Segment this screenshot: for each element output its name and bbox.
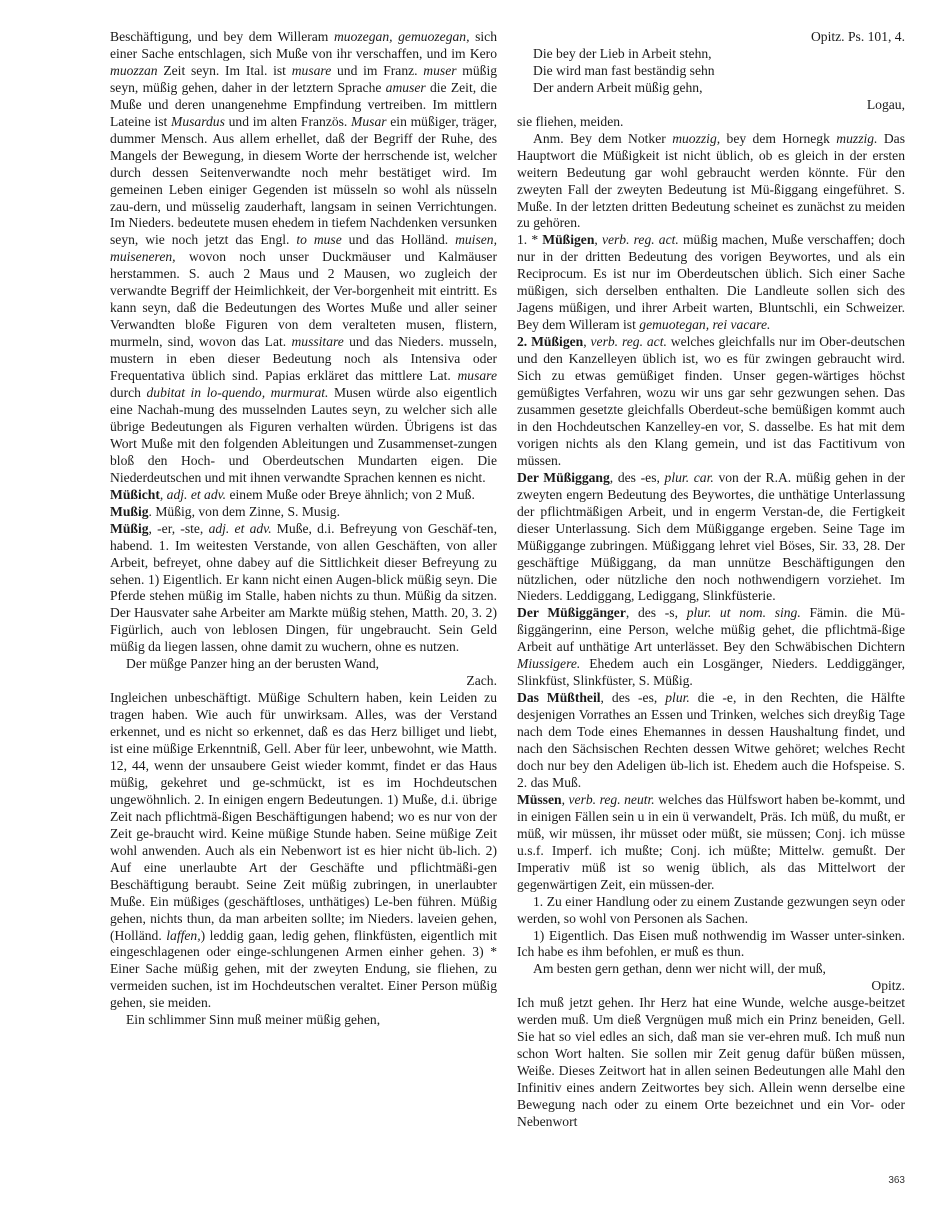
verse-attribution: Logau, <box>517 97 905 114</box>
entry-muesstheil: Das Müßtheil, des -es, plur. die -e, in … <box>517 690 905 792</box>
verse-quote: Am besten gern gethan, denn wer nicht wi… <box>517 961 905 978</box>
entry-muessigen-2: 2. Müßigen, verb. reg. act. welches glei… <box>517 334 905 470</box>
entry-muessigen-1: 1. * Müßigen, verb. reg. act. müßig mach… <box>517 232 905 334</box>
verse-line: Die wird man fast beständig sehn <box>517 63 905 80</box>
verse-quote: Der müßge Panzer hing an der berusten Wa… <box>110 656 497 673</box>
verse-line: Die bey der Lieb in Arbeit stehn, <box>517 46 905 63</box>
right-column: Opitz. Ps. 101, 4. Die bey der Lieb in A… <box>517 29 905 1131</box>
verse-attribution: Opitz. <box>517 978 905 995</box>
verse-quote: Ein schlimmer Sinn muß meiner müßig gehe… <box>110 1012 497 1029</box>
entry-muessicht: Müßicht, adj. et adv. einem Muße oder Br… <box>110 487 497 504</box>
page-number: 363 <box>888 1173 905 1190</box>
entry-mussig: Mußig. Müßig, von dem Zinne, S. Musig. <box>110 504 497 521</box>
verse-line: Der andern Arbeit müßig gehn, <box>517 80 905 97</box>
final-paragraph: Ich muß jetzt gehen. Ihr Herz hat eine W… <box>517 995 905 1131</box>
continuation-text: sie fliehen, meiden. <box>517 114 905 131</box>
entry-muessig: Müßig, -er, -ste, adj. et adv. Muße, d.i… <box>110 521 497 657</box>
verse-attribution: Zach. <box>110 673 497 690</box>
left-column: Beschäftigung, und bey dem Willeram muoz… <box>110 29 497 1029</box>
entry-muessiggaenger: Der Müßiggänger, des -s, plur. ut nom. s… <box>517 605 905 690</box>
entry-muessen: Müssen, verb. reg. neutr. welches das Hü… <box>517 792 905 894</box>
verse-block: Die bey der Lieb in Arbeit stehn, Die wi… <box>517 46 905 97</box>
intro-paragraph: Beschäftigung, und bey dem Willeram muoz… <box>110 29 497 487</box>
verse-attribution: Opitz. Ps. 101, 4. <box>517 29 905 46</box>
entry-muessiggang: Der Müßiggang, des -es, plur. car. von d… <box>517 470 905 606</box>
sense-1-1: 1) Eigentlich. Das Eisen muß nothwendig … <box>517 928 905 962</box>
entry-continuation: Ingleichen unbeschäftigt. Müßige Schulte… <box>110 690 497 1012</box>
annotation-paragraph: Anm. Bey dem Notker muozzig, bey dem Hor… <box>517 131 905 233</box>
sense-1: 1. Zu einer Handlung oder zu einem Zusta… <box>517 894 905 928</box>
